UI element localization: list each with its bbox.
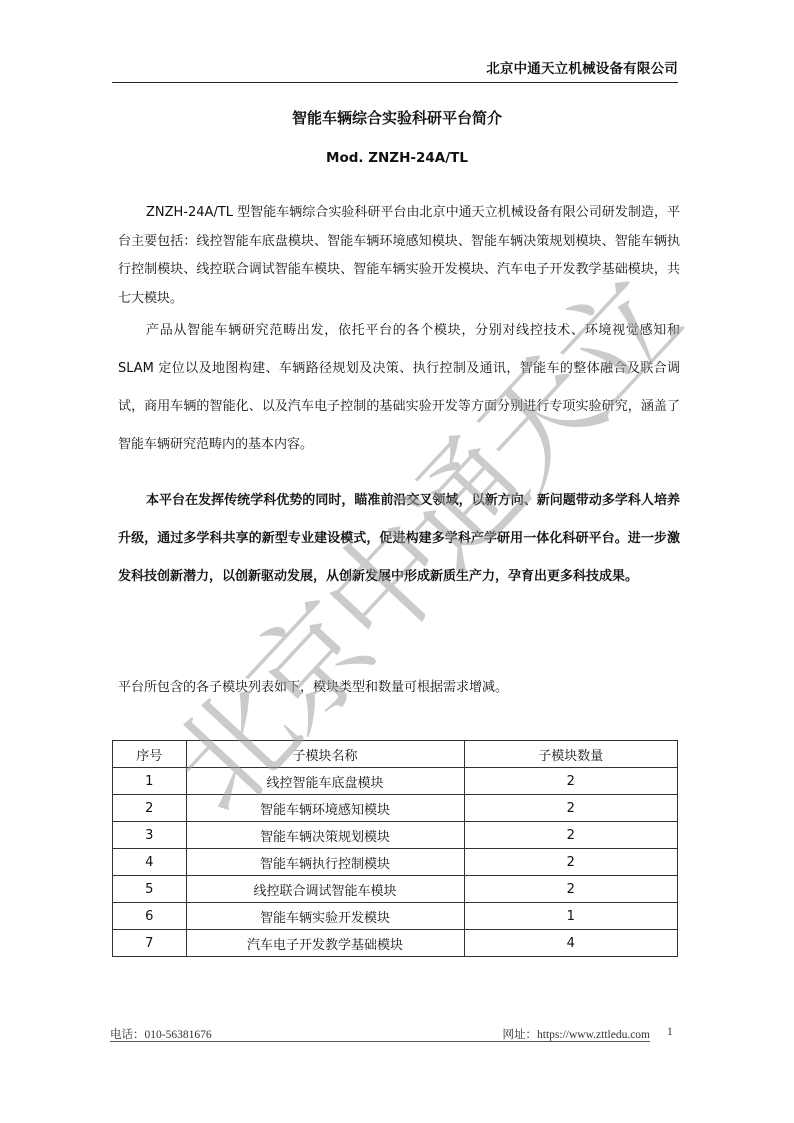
cell-module-name: 智能车辆实验开发模块 — [186, 903, 464, 930]
table-row: 5 线控联合调试智能车模块 2 — [113, 876, 678, 903]
cell-index: 3 — [113, 822, 187, 849]
cell-module-name: 线控智能车底盘模块 — [186, 768, 464, 795]
document-page: 北京中通天立机械设备有限公司 智能车辆综合实验科研平台简介 Mod. ZNZH-… — [0, 0, 794, 1123]
table-intro-paragraph: 平台所包含的各子模块列表如下，模块类型和数量可根据需求增减。 — [118, 676, 680, 700]
research-scope-paragraph: 产品从智能车辆研究范畴出发，依托平台的各个模块，分别对线控技术、环境视觉感知和 … — [118, 312, 680, 464]
cell-index: 4 — [113, 849, 187, 876]
footer-website: 网址：https://www.zttledu.com — [503, 1026, 650, 1042]
cell-module-name: 智能车辆执行控制模块 — [186, 849, 464, 876]
cell-module-count: 1 — [464, 903, 678, 930]
cell-module-count: 2 — [464, 876, 678, 903]
page-number: 1 — [667, 1026, 673, 1038]
cell-module-count: 4 — [464, 930, 678, 957]
footer-phone: 电话：010-56381676 — [110, 1026, 212, 1042]
table-row: 2 智能车辆环境感知模块 2 — [113, 795, 678, 822]
table-row: 3 智能车辆决策规划模块 2 — [113, 822, 678, 849]
table-row: 1 线控智能车底盘模块 2 — [113, 768, 678, 795]
table-header-row: 序号 子模块名称 子模块数量 — [113, 741, 678, 768]
cell-module-name: 智能车辆决策规划模块 — [186, 822, 464, 849]
document-title: 智能车辆综合实验科研平台简介 — [0, 107, 794, 128]
table-row: 7 汽车电子开发教学基础模块 4 — [113, 930, 678, 957]
table-row: 4 智能车辆执行控制模块 2 — [113, 849, 678, 876]
cell-module-name: 汽车电子开发教学基础模块 — [186, 930, 464, 957]
cell-module-name: 智能车辆环境感知模块 — [186, 795, 464, 822]
mission-paragraph: 本平台在发挥传统学科优势的同时，瞄准前沿交叉领域，以新方向、新问题带动多学科人培… — [118, 482, 680, 596]
cell-module-count: 2 — [464, 795, 678, 822]
cell-index: 2 — [113, 795, 187, 822]
cell-index: 7 — [113, 930, 187, 957]
cell-module-count: 2 — [464, 768, 678, 795]
column-header-module-name: 子模块名称 — [186, 741, 464, 768]
cell-index: 5 — [113, 876, 187, 903]
modules-table: 序号 子模块名称 子模块数量 1 线控智能车底盘模块 2 2 智能车辆环境感知模… — [112, 740, 678, 957]
column-header-index: 序号 — [113, 741, 187, 768]
cell-module-name: 线控联合调试智能车模块 — [186, 876, 464, 903]
model-number: Mod. ZNZH-24A/TL — [0, 150, 794, 166]
cell-module-count: 2 — [464, 822, 678, 849]
page-header: 北京中通天立机械设备有限公司 — [112, 58, 678, 83]
cell-index: 1 — [113, 768, 187, 795]
cell-module-count: 2 — [464, 849, 678, 876]
column-header-module-count: 子模块数量 — [464, 741, 678, 768]
table-row: 6 智能车辆实验开发模块 1 — [113, 903, 678, 930]
intro-paragraph: ZNZH-24A/TL 型智能车辆综合实验科研平台由北京中通天立机械设备有限公司… — [118, 199, 680, 313]
page-footer: 电话：010-56381676 网址：https://www.zttledu.c… — [110, 1026, 650, 1042]
header-company-name: 北京中通天立机械设备有限公司 — [486, 61, 678, 77]
cell-index: 6 — [113, 903, 187, 930]
